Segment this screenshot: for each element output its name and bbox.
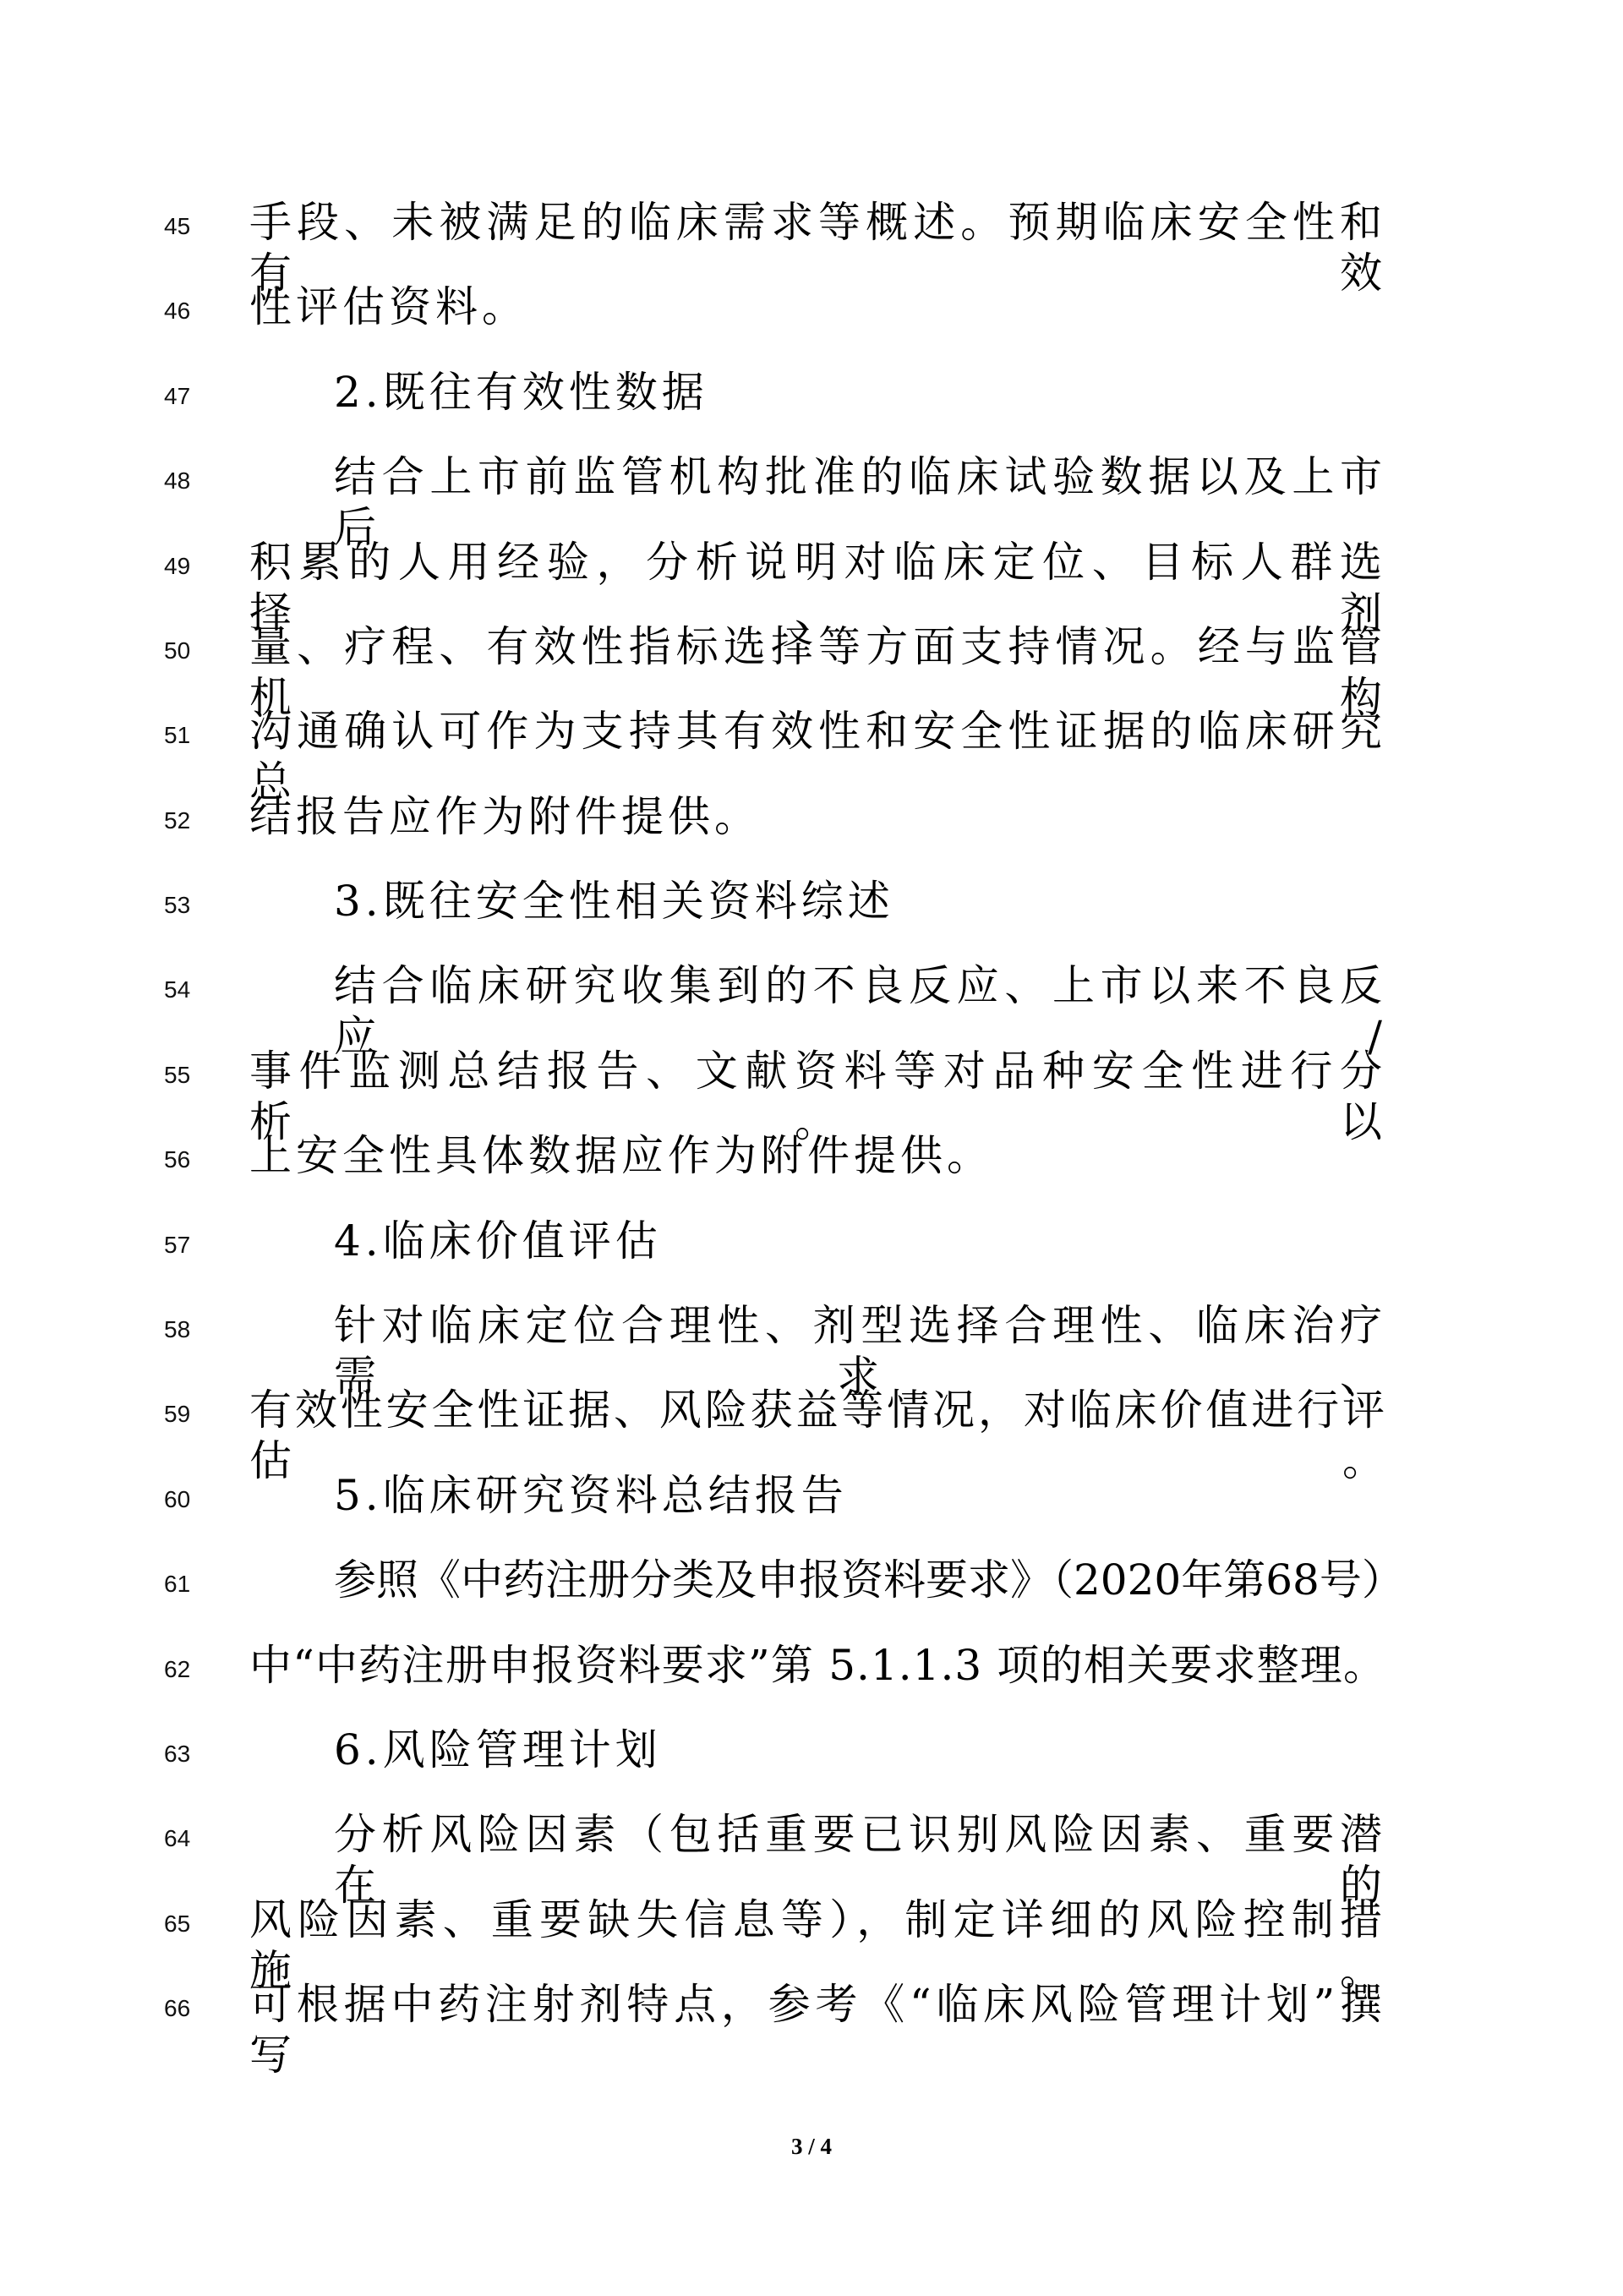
line-number: 49	[164, 554, 190, 579]
text-line: 58 针对临床定位合理性、剂型选择合理性、临床治疗需求、	[0, 1300, 1623, 1385]
line-number: 55	[164, 1063, 190, 1088]
line-text: 结报告应作为附件提供。	[249, 791, 1386, 842]
line-number: 50	[164, 638, 190, 664]
text-line: 51 沟通确认可作为支持其有效性和安全性证据的临床研究总	[0, 706, 1623, 790]
text-line: 52 结报告应作为附件提供。	[0, 791, 1623, 876]
section-heading: 5.临床研究资料总结报告	[334, 1470, 1471, 1521]
page-number: 3 / 4	[0, 2134, 1623, 2159]
document-page: 45 手段、未被满足的临床需求等概述。预期临床安全性和有效 46 性评估资料。 …	[0, 0, 1623, 2296]
section-heading: 6.风险管理计划	[334, 1725, 1471, 1775]
text-line: 61 参照《中药注册分类及申报资料要求》（2020年第68号）	[0, 1555, 1623, 1639]
section-heading: 4.临床价值评估	[334, 1216, 1471, 1266]
text-line: 46 性评估资料。	[0, 282, 1623, 366]
section-heading-line: 60 5.临床研究资料总结报告	[0, 1470, 1623, 1555]
line-text: 性评估资料。	[249, 282, 1386, 332]
line-text: 可根据中药注射剂特点，参考《“临床风险管理计划”撰写	[249, 1979, 1386, 2080]
line-number: 58	[164, 1317, 190, 1342]
text-line: 49 积累的人用经验，分析说明对临床定位、目标人群选择、剂	[0, 537, 1623, 621]
line-text: 参照《中药注册分类及申报资料要求》（2020年第68号）	[334, 1555, 1386, 1605]
section-heading-line: 47 2.既往有效性数据	[0, 367, 1623, 451]
section-heading: 3.既往安全性相关资料综述	[334, 876, 1471, 927]
line-number: 57	[164, 1233, 190, 1258]
text-line: 64 分析风险因素（包括重要已识别风险因素、重要潜在的	[0, 1809, 1623, 1894]
text-line: 66 可根据中药注射剂特点，参考《“临床风险管理计划”撰写	[0, 1979, 1623, 2064]
section-heading-line: 57 4.临床价值评估	[0, 1216, 1623, 1300]
text-line: 45 手段、未被满足的临床需求等概述。预期临床安全性和有效	[0, 197, 1623, 282]
line-number: 62	[164, 1657, 190, 1682]
line-number: 53	[164, 893, 190, 918]
text-line: 50 量、疗程、有效性指标选择等方面支持情况。经与监管机构	[0, 621, 1623, 706]
line-number: 59	[164, 1402, 190, 1427]
line-number: 54	[164, 977, 190, 1003]
line-number: 61	[164, 1572, 190, 1597]
line-text: 中“中药注册申报资料要求”第 5.1.1.3 项的相关要求整理。	[249, 1640, 1386, 1691]
text-line: 62 中“中药注册申报资料要求”第 5.1.1.3 项的相关要求整理。	[0, 1640, 1623, 1725]
text-line: 54 结合临床研究收集到的不良反应、上市以来不良反应/	[0, 960, 1623, 1045]
line-number: 66	[164, 1996, 190, 2021]
text-line: 65 风险因素、重要缺失信息等），制定详细的风险控制措施。	[0, 1894, 1623, 1979]
section-heading: 2.既往有效性数据	[334, 367, 1471, 418]
text-line: 55 事件监测总结报告、文献资料等对品种安全性进行分析。以	[0, 1046, 1623, 1130]
text-line: 48 结合上市前监管机构批准的临床试验数据以及上市后	[0, 451, 1623, 536]
text-line: 56 上安全性具体数据应作为附件提供。	[0, 1130, 1623, 1215]
line-number: 51	[164, 723, 190, 748]
line-number: 48	[164, 468, 190, 494]
line-number: 60	[164, 1487, 190, 1512]
line-number: 65	[164, 1911, 190, 1937]
line-number: 47	[164, 384, 190, 409]
line-number: 56	[164, 1147, 190, 1173]
section-heading-line: 63 6.风险管理计划	[0, 1725, 1623, 1809]
line-number: 45	[164, 214, 190, 239]
line-number: 46	[164, 298, 190, 324]
section-heading-line: 53 3.既往安全性相关资料综述	[0, 876, 1623, 960]
line-text: 上安全性具体数据应作为附件提供。	[249, 1130, 1386, 1181]
line-number: 64	[164, 1826, 190, 1851]
line-number: 52	[164, 808, 190, 834]
text-line: 59 有效性安全性证据、风险获益等情况，对临床价值进行评估。	[0, 1385, 1623, 1469]
line-number: 63	[164, 1741, 190, 1767]
